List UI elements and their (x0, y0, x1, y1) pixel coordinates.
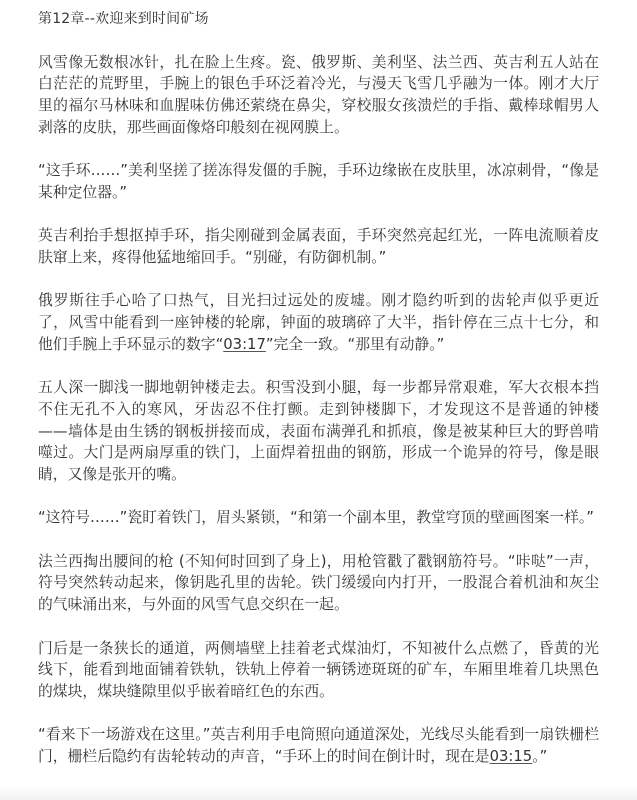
chapter-paragraph-2: “这手环……”美利坚搓了搓冻得发僵的手腕，手环边缘嵌在皮肤里，冰凉刺骨，“像是某… (38, 160, 599, 203)
bottom-shadow (0, 786, 637, 800)
chapter-paragraph-4: 俄罗斯往手心哈了口热气，目光扫过远处的废墟。刚才隐约听到的齿轮声似乎更近了，风雪… (38, 290, 599, 355)
countdown-time: 03:17 (223, 336, 266, 353)
chapter-paragraph-3: 英吉利抬手想抠掉手环，指尖刚碰到金属表面，手环突然亮起红光，一阵电流顺着皮肤窜上… (38, 225, 599, 268)
chapter-paragraph-5: 五人深一脚浅一脚地朝钟楼走去。积雪没到小腿，每一步都异常艰难，军大衣根本挡不住无… (38, 377, 599, 486)
chapter-title: 第12章--欢迎来到时间矿场 (38, 8, 599, 30)
chapter-page: 第12章--欢迎来到时间矿场 风雪像无数根冰针，扎在脸上生疼。瓷、俄罗斯、美利坚… (0, 0, 637, 800)
countdown-time: 03:15 (490, 748, 533, 765)
chapter-paragraph-7: 法兰西掏出腰间的枪 (不知何时回到了身上)，用枪管戳了戳钢筋符号。“咔哒”一声，… (38, 551, 599, 616)
chapter-body: 风雪像无数根冰针，扎在脸上生疼。瓷、俄罗斯、美利坚、法兰西、英吉利五人站在白茫茫… (38, 52, 599, 768)
chapter-paragraph-8: 门后是一条狭长的通道，两侧墙壁上挂着老式煤油灯，不知被什么点燃了，昏黄的光线下，… (38, 638, 599, 703)
chapter-paragraph-9: “看来下一场游戏在这里。”英吉利用手电筒照向通道深处，光线尽头能看到一扇铁栅栏门… (38, 724, 599, 767)
chapter-paragraph-6: “这符号……”瓷盯着铁门，眉头紧锁，“和第一个副本里，教堂穹顶的壁画图案一样。” (38, 507, 599, 529)
chapter-paragraph-1: 风雪像无数根冰针，扎在脸上生疼。瓷、俄罗斯、美利坚、法兰西、英吉利五人站在白茫茫… (38, 52, 599, 139)
